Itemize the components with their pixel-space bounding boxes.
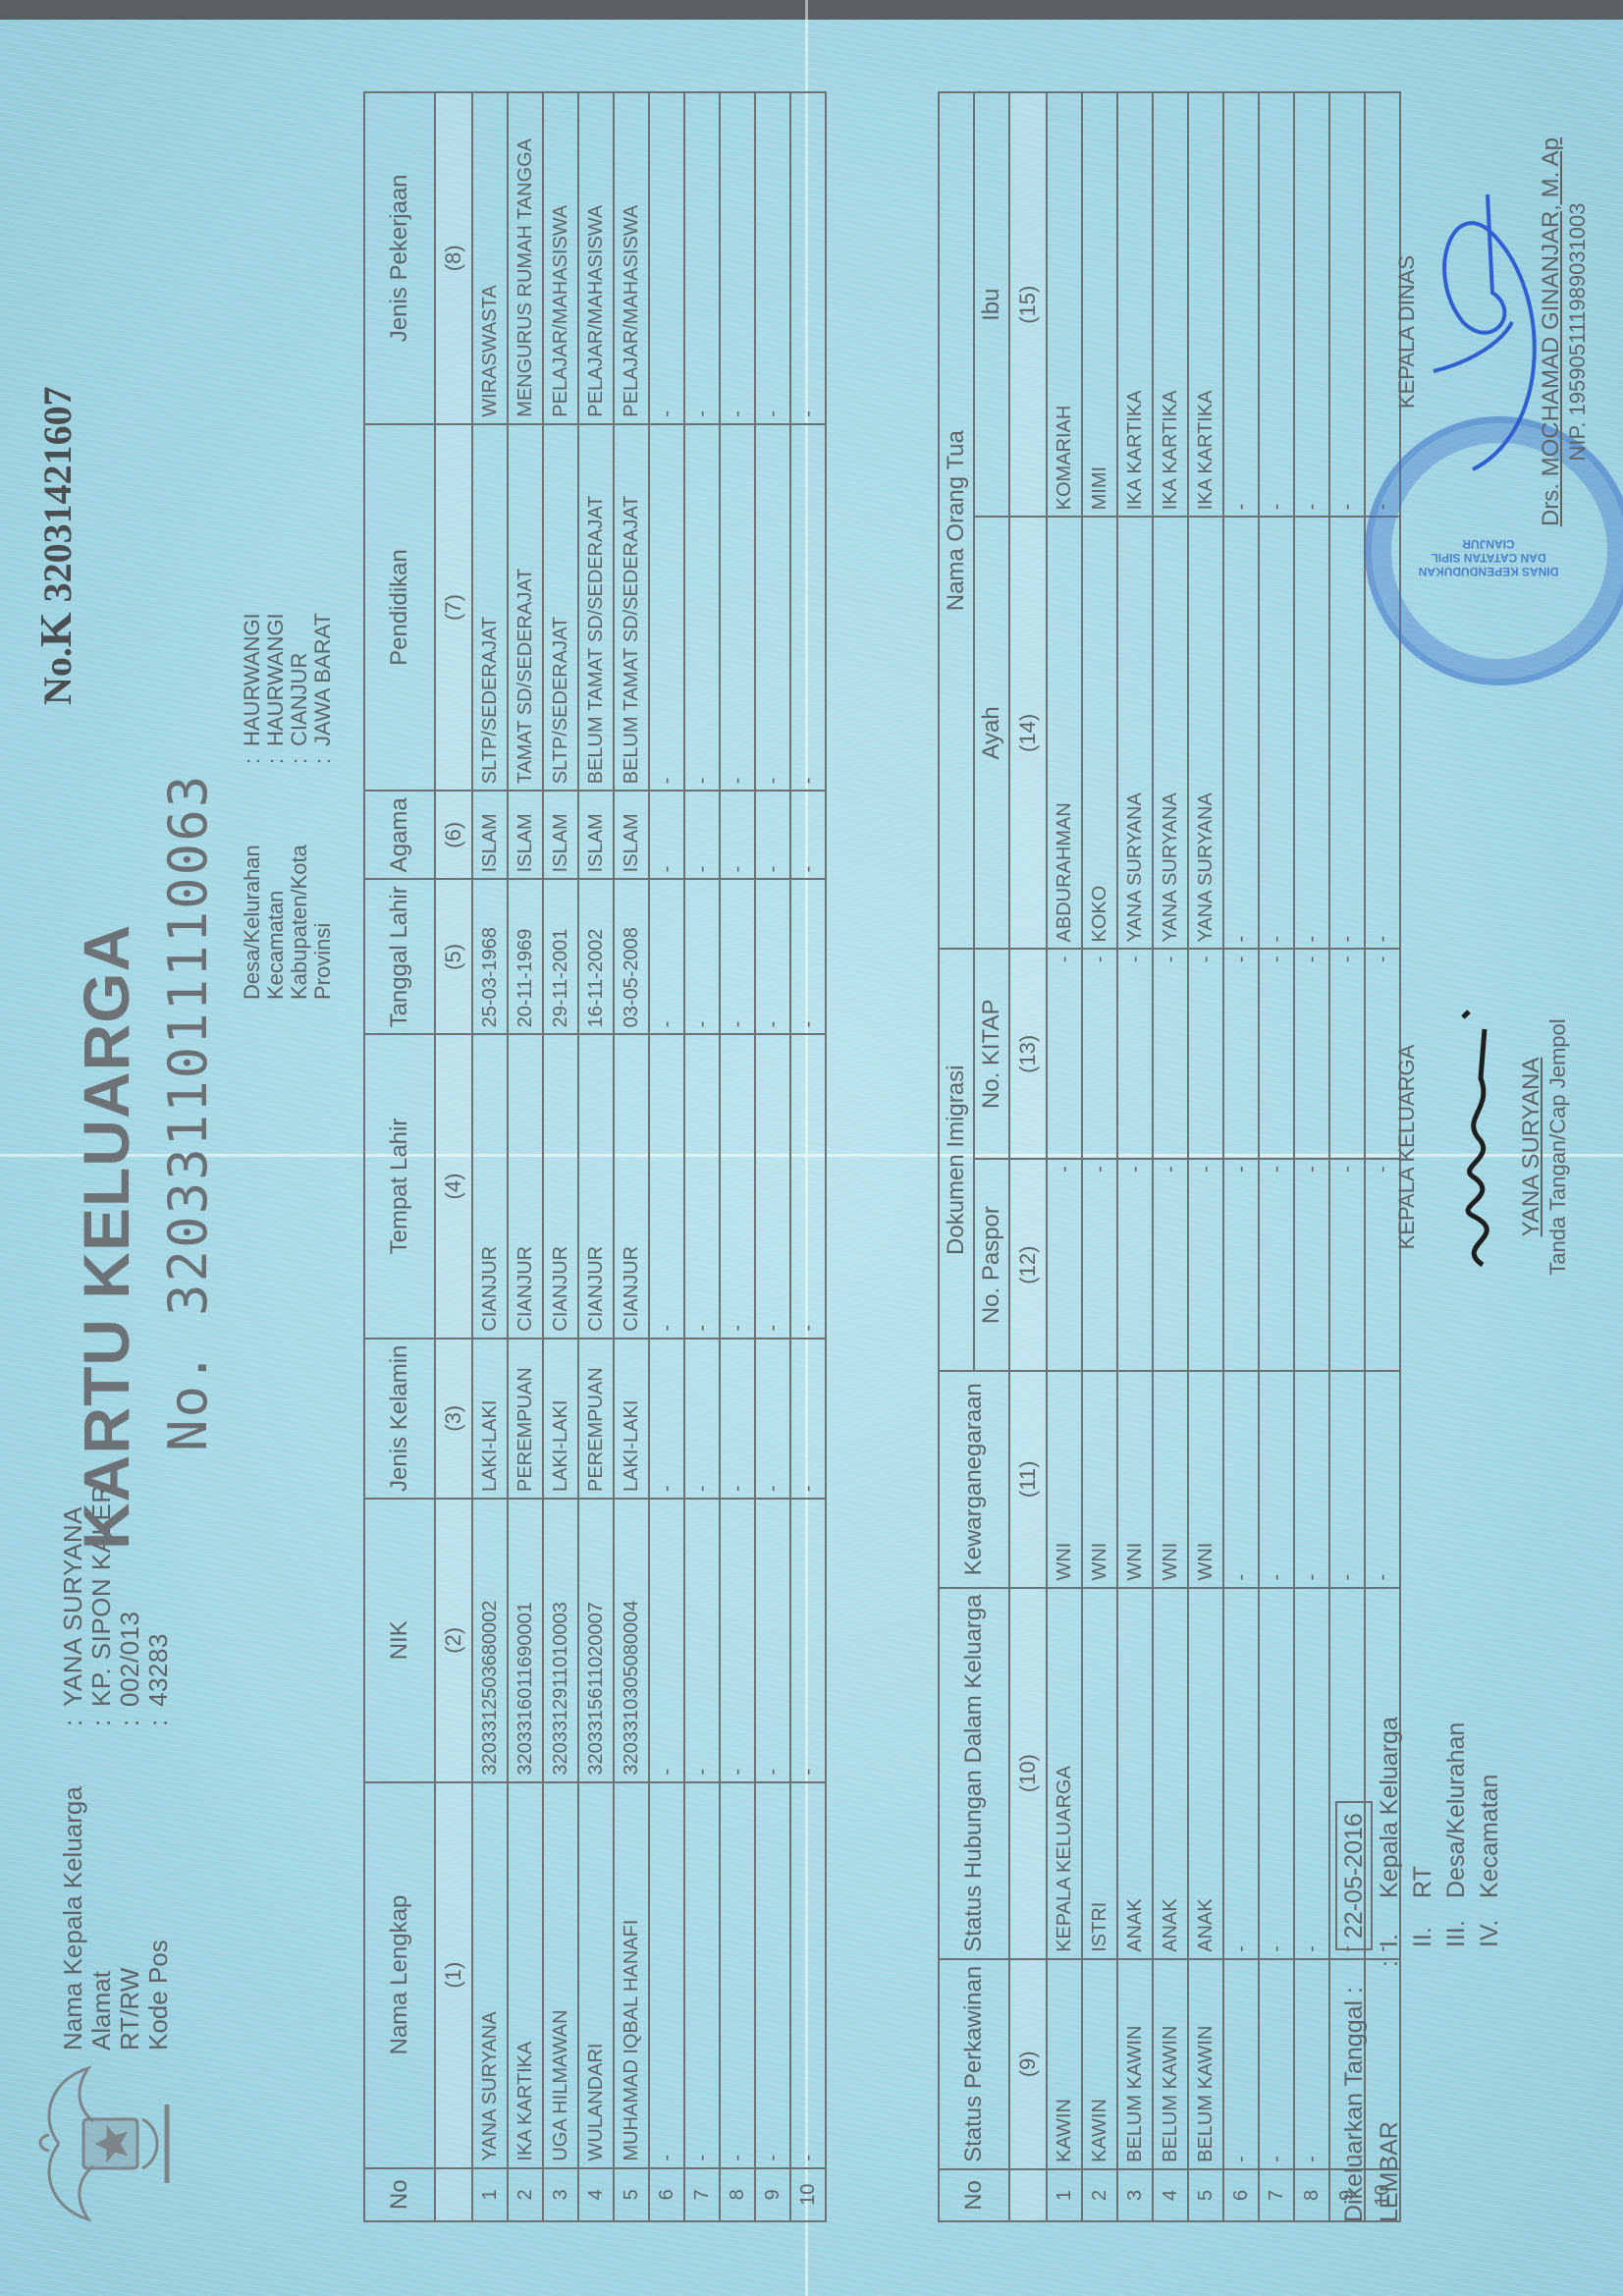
- district-row: Kecamatan:HAURWANGI: [264, 613, 288, 1000]
- cell-hubungan: ANAK: [1153, 1588, 1188, 1959]
- cell-nama: -: [684, 1782, 720, 2168]
- column-number-row: (1) (2) (3) (4) (5) (6) (7) (8): [435, 92, 472, 2221]
- signer-name: YANA SURYANA: [1518, 941, 1545, 1353]
- cell-tanggal: -: [755, 879, 790, 1034]
- cell-hubungan: KEPALA KELUARGA: [1047, 1588, 1082, 1959]
- table-row: 6-------: [1223, 92, 1259, 2221]
- cell-status: KAWIN: [1082, 1959, 1117, 2169]
- cell-no: 7: [684, 2168, 720, 2221]
- cell-nama: -: [755, 1782, 790, 2168]
- address-row: Alamat:KP. SIPON KALER: [87, 1484, 116, 2050]
- cell-no: 6: [1223, 2169, 1259, 2221]
- family-members-table: No Nama Lengkap NIK Jenis Kelamin Tempat…: [363, 91, 827, 2222]
- cell-ibu: IKA KARTIKA: [1188, 92, 1223, 517]
- rtrw-value: 002/013: [116, 1612, 144, 1707]
- family-status-table: No Status Perkawinan Status Hubungan Dal…: [938, 91, 1401, 2222]
- table-row: 4WULANDARI3203315611020007PEREMPUANCIANJ…: [578, 92, 614, 2221]
- cell-paspor: -: [1188, 1159, 1223, 1371]
- cell-pendidikan: SLTP/SEDERAJAT: [543, 424, 578, 792]
- cell-no: 3: [543, 2168, 578, 2221]
- table-row: 1YANA SURYANA3203312503680002LAKI-LAKICI…: [472, 92, 508, 2221]
- village-row: Desa/Kelurahan:HAURWANGI: [241, 613, 264, 1000]
- cell-agama: -: [649, 791, 684, 879]
- cell-pekerjaan: -: [649, 92, 684, 424]
- cell-paspor: -: [1082, 1159, 1117, 1371]
- cell-ayah: YANA SURYANA: [1188, 517, 1223, 949]
- cell-kitap: -: [1223, 949, 1259, 1159]
- cell-kitap: -: [1329, 949, 1365, 1159]
- cell-ibu: -: [1223, 92, 1259, 517]
- garuda-emblem-icon: [29, 2060, 187, 2227]
- cell-nama: -: [720, 1782, 755, 2168]
- cell-kitap: -: [1188, 949, 1223, 1159]
- cell-pendidikan: SLTP/SEDERAJAT: [472, 424, 508, 792]
- issued-date: 22-05-2016: [1335, 1801, 1373, 1950]
- table-row: 3UGA HILMAWAN3203312911010003LAKI-LAKICI…: [543, 92, 578, 2221]
- cell-nik: 3203316011690001: [508, 1499, 543, 1782]
- cell-paspor: -: [1259, 1159, 1294, 1371]
- cell-paspor: -: [1153, 1159, 1188, 1371]
- cell-pekerjaan: PELAJAR/MAHASISWA: [614, 92, 649, 424]
- sheet-distribution: LEMBAR : I.Kepala Keluarga II.RT III.Des…: [1373, 1717, 1506, 2222]
- cell-jk: -: [684, 1339, 720, 1499]
- cell-kitap: -: [1153, 949, 1188, 1159]
- table-row: 1KAWINKEPALA KELUARGAWNI--ABDURAHMANKOMA…: [1047, 92, 1082, 2221]
- cell-agama: -: [720, 791, 755, 879]
- cell-hubungan: -: [1223, 1588, 1259, 1959]
- cell-jk: -: [790, 1339, 826, 1499]
- table-header-row: No Status Perkawinan Status Hubungan Dal…: [939, 92, 974, 2221]
- cell-agama: ISLAM: [472, 791, 508, 879]
- cell-status: KAWIN: [1047, 1959, 1082, 2169]
- cell-tanggal: 03-05-2008: [614, 879, 649, 1034]
- cell-pendidikan: BELUM TAMAT SD/SEDERAJAT: [614, 424, 649, 792]
- cell-jk: LAKI-LAKI: [472, 1339, 508, 1499]
- cell-nama: IKA KARTIKA: [508, 1782, 543, 2168]
- serial-number: No.K 32031421607: [29, 386, 81, 705]
- region-info: Desa/Kelurahan:HAURWANGI Kecamatan:HAURW…: [241, 613, 335, 1000]
- cell-wn: WNI: [1153, 1371, 1188, 1587]
- cell-tanggal: 20-11-1969: [508, 879, 543, 1034]
- cell-paspor: -: [1223, 1159, 1259, 1371]
- cell-paspor: -: [1117, 1159, 1153, 1371]
- cell-tanggal: 16-11-2002: [578, 879, 614, 1034]
- cell-no: 4: [1153, 2169, 1188, 2221]
- cell-nama: -: [790, 1782, 826, 2168]
- official-signature-icon: [1414, 175, 1561, 489]
- cell-pekerjaan: MENGURUS RUMAH TANGGA: [508, 92, 543, 424]
- cell-paspor: -: [1294, 1159, 1329, 1371]
- cell-tempat: CIANJUR: [508, 1034, 543, 1338]
- cell-no: 2: [508, 2168, 543, 2221]
- signature-caption: Tanda Tangan/Cap Jempol: [1545, 941, 1571, 1353]
- head-name-row: Nama Kepala Keluarga:YANA SURYANA: [59, 1484, 87, 2050]
- column-number-row: (9) (10) (11) (12) (13) (14) (15): [1009, 92, 1047, 2221]
- cell-ayah: YANA SURYANA: [1117, 517, 1153, 949]
- cell-no: 7: [1259, 2169, 1294, 2221]
- cell-ibu: KOMARIAH: [1047, 92, 1082, 517]
- cell-status: -: [1294, 1959, 1329, 2169]
- family-head-signature-block: KEPALA KELUARGA YANA SURYANA Tanda Tanga…: [1394, 941, 1571, 1353]
- cell-jk: -: [755, 1339, 790, 1499]
- cell-nik: -: [755, 1499, 790, 1782]
- rtrw-row: RT/RW:002/013: [116, 1484, 144, 2050]
- cell-ibu: IKA KARTIKA: [1117, 92, 1153, 517]
- cell-status: BELUM KAWIN: [1117, 1959, 1153, 2169]
- table-row: 7--------: [684, 92, 720, 2221]
- cell-nama: YANA SURYANA: [472, 1782, 508, 2168]
- issued-row: Dikeluarkan Tanggal : 22-05-2016: [1335, 1717, 1373, 2222]
- cell-status: BELUM KAWIN: [1188, 1959, 1223, 2169]
- kk-number: No. 3203311011110063: [157, 774, 219, 1451]
- cell-pendidikan: BELUM TAMAT SD/SEDERAJAT: [578, 424, 614, 792]
- table-row: 10--------: [790, 92, 826, 2221]
- cell-tempat: -: [649, 1034, 684, 1338]
- cell-no: 8: [720, 2168, 755, 2221]
- cell-no: 3: [1117, 2169, 1153, 2221]
- cell-status: BELUM KAWIN: [1153, 1959, 1188, 2169]
- cell-nik: 3203312503680002: [472, 1499, 508, 1782]
- cell-ibu: -: [1294, 92, 1329, 517]
- cell-no: 1: [1047, 2169, 1082, 2221]
- cell-hubungan: -: [1259, 1588, 1294, 1959]
- cell-paspor: -: [1047, 1159, 1082, 1371]
- cell-wn: -: [1294, 1371, 1329, 1587]
- cell-pendidikan: TAMAT SD/SEDERAJAT: [508, 424, 543, 792]
- cell-wn: WNI: [1047, 1371, 1082, 1587]
- cell-hubungan: -: [1294, 1588, 1329, 1959]
- cell-wn: WNI: [1082, 1371, 1117, 1587]
- cell-tanggal: -: [649, 879, 684, 1034]
- cell-kitap: -: [1047, 949, 1082, 1159]
- cell-agama: -: [684, 791, 720, 879]
- cell-pekerjaan: WIRASWASTA: [472, 92, 508, 424]
- postcode-value: 43283: [144, 1633, 173, 1707]
- cell-pekerjaan: -: [684, 92, 720, 424]
- cell-jk: LAKI-LAKI: [614, 1339, 649, 1499]
- cell-ibu: MIMI: [1082, 92, 1117, 517]
- cell-nik: -: [790, 1499, 826, 1782]
- regency-row: Kabupaten/Kota:CIANJUR: [288, 613, 311, 1000]
- cell-no: 8: [1294, 2169, 1329, 2221]
- cell-ayah: -: [1259, 517, 1294, 949]
- cell-ibu: IKA KARTIKA: [1153, 92, 1188, 517]
- cell-tempat: CIANJUR: [472, 1034, 508, 1338]
- cell-tempat: CIANJUR: [578, 1034, 614, 1338]
- scan-edge: [0, 0, 1623, 20]
- cell-paspor: -: [1329, 1159, 1365, 1371]
- cell-wn: -: [1329, 1371, 1365, 1587]
- cell-tempat: -: [790, 1034, 826, 1338]
- cell-pendidikan: -: [684, 424, 720, 792]
- cell-no: 5: [1188, 2169, 1223, 2221]
- official-nip: NIP. 195905111989031003: [1565, 57, 1591, 607]
- table-row: 9--------: [755, 92, 790, 2221]
- signature-title: KEPALA KELUARGA: [1394, 941, 1420, 1353]
- cell-agama: -: [790, 791, 826, 879]
- cell-nama: MUHAMAD IQBAL HANAFI: [614, 1782, 649, 2168]
- cell-ayah: -: [1329, 517, 1365, 949]
- issuance-info: Dikeluarkan Tanggal : 22-05-2016 LEMBAR …: [1335, 1717, 1506, 2222]
- cell-nik: 3203312911010003: [543, 1499, 578, 1782]
- cell-nik: -: [684, 1499, 720, 1782]
- cell-no: 5: [614, 2168, 649, 2221]
- cell-pendidikan: -: [649, 424, 684, 792]
- cell-kitap: -: [1259, 949, 1294, 1159]
- cell-ibu: -: [1329, 92, 1365, 517]
- table-row: 5BELUM KAWINANAKWNI--YANA SURYANAIKA KAR…: [1188, 92, 1223, 2221]
- cell-pekerjaan: PELAJAR/MAHASISWA: [543, 92, 578, 424]
- cell-ayah: -: [1223, 517, 1259, 949]
- cell-pekerjaan: -: [790, 92, 826, 424]
- cell-no: 1: [472, 2168, 508, 2221]
- cell-nik: -: [649, 1499, 684, 1782]
- cell-agama: ISLAM: [508, 791, 543, 879]
- cell-pekerjaan: PELAJAR/MAHASISWA: [578, 92, 614, 424]
- cell-ibu: -: [1259, 92, 1294, 517]
- cell-no: 2: [1082, 2169, 1117, 2221]
- table-row: 7-------: [1259, 92, 1294, 2221]
- lembar-item: III.Desa/Kelurahan: [1439, 1717, 1473, 1947]
- cell-kitap: -: [1082, 949, 1117, 1159]
- cell-nama: -: [649, 1782, 684, 2168]
- table-header-row: No Nama Lengkap NIK Jenis Kelamin Tempat…: [364, 92, 435, 2221]
- province-row: Provinsi:JAWA BARAT: [311, 613, 335, 1000]
- cell-no: 4: [578, 2168, 614, 2221]
- cell-jk: LAKI-LAKI: [543, 1339, 578, 1499]
- document-title: KARTU KELUARGA: [69, 924, 143, 1550]
- cell-wn: -: [1259, 1371, 1294, 1587]
- cell-tanggal: 29-11-2001: [543, 879, 578, 1034]
- cell-pendidikan: -: [755, 424, 790, 792]
- cell-pendidikan: -: [720, 424, 755, 792]
- signature-scrawl-icon: [1434, 1000, 1522, 1275]
- cell-ayah: KOKO: [1082, 517, 1117, 949]
- cell-jk: PEREMPUAN: [508, 1339, 543, 1499]
- table-row: 2IKA KARTIKA3203316011690001PEREMPUANCIA…: [508, 92, 543, 2221]
- cell-pekerjaan: -: [720, 92, 755, 424]
- family-head-info: Nama Kepala Keluarga:YANA SURYANA Alamat…: [59, 1484, 173, 2050]
- table-row: 4BELUM KAWINANAKWNI--YANA SURYANAIKA KAR…: [1153, 92, 1188, 2221]
- cell-hubungan: ANAK: [1188, 1588, 1223, 1959]
- cell-hubungan: ISTRI: [1082, 1588, 1117, 1959]
- cell-agama: ISLAM: [614, 791, 649, 879]
- cell-wn: WNI: [1188, 1371, 1223, 1587]
- cell-wn: WNI: [1117, 1371, 1153, 1587]
- cell-hubungan: ANAK: [1117, 1588, 1153, 1959]
- cell-no: 9: [755, 2168, 790, 2221]
- lembar-item: I.Kepala Keluarga: [1373, 1717, 1406, 1947]
- table-row: 6--------: [649, 92, 684, 2221]
- cell-nama: WULANDARI: [578, 1782, 614, 2168]
- table-row: 5MUHAMAD IQBAL HANAFI3203310305080004LAK…: [614, 92, 649, 2221]
- cell-status: -: [1223, 1959, 1259, 2169]
- cell-agama: -: [755, 791, 790, 879]
- lembar-item: II.RT: [1406, 1717, 1439, 1947]
- cell-ayah: ABDURAHMAN: [1047, 517, 1082, 949]
- table-row: 3BELUM KAWINANAKWNI--YANA SURYANAIKA KAR…: [1117, 92, 1153, 2221]
- cell-jk: PEREMPUAN: [578, 1339, 614, 1499]
- cell-no: 6: [649, 2168, 684, 2221]
- cell-ayah: -: [1294, 517, 1329, 949]
- cell-pendidikan: -: [790, 424, 826, 792]
- lembar-item: IV.Kecamatan: [1473, 1717, 1506, 1947]
- cell-pekerjaan: -: [755, 92, 790, 424]
- cell-tanggal: -: [790, 879, 826, 1034]
- cell-tempat: CIANJUR: [543, 1034, 578, 1338]
- cell-agama: ISLAM: [578, 791, 614, 879]
- table-row: 8--------: [720, 92, 755, 2221]
- cell-wn: -: [1365, 1371, 1400, 1587]
- cell-tempat: CIANJUR: [614, 1034, 649, 1338]
- cell-jk: -: [720, 1339, 755, 1499]
- kartu-keluarga-document: Nama Kepala Keluarga:YANA SURYANA Alamat…: [0, 0, 1623, 2296]
- cell-tanggal: -: [720, 879, 755, 1034]
- cell-tempat: -: [755, 1034, 790, 1338]
- cell-no: 10: [790, 2168, 826, 2221]
- cell-tempat: -: [684, 1034, 720, 1338]
- cell-jk: -: [649, 1339, 684, 1499]
- cell-ayah: YANA SURYANA: [1153, 517, 1188, 949]
- cell-kitap: -: [1117, 949, 1153, 1159]
- table-row: 8-------: [1294, 92, 1329, 2221]
- table-row: 2KAWINISTRIWNI--KOKOMIMI: [1082, 92, 1117, 2221]
- cell-wn: -: [1223, 1371, 1259, 1587]
- cell-tempat: -: [720, 1034, 755, 1338]
- cell-status: -: [1259, 1959, 1294, 2169]
- cell-nama: UGA HILMAWAN: [543, 1782, 578, 2168]
- cell-tanggal: 25-03-1968: [472, 879, 508, 1034]
- cell-nik: 3203310305080004: [614, 1499, 649, 1782]
- cell-tanggal: -: [684, 879, 720, 1034]
- cell-nik: 3203315611020007: [578, 1499, 614, 1782]
- cell-kitap: -: [1294, 949, 1329, 1159]
- cell-nik: -: [720, 1499, 755, 1782]
- postcode-row: Kode Pos:43283: [144, 1484, 173, 2050]
- cell-agama: ISLAM: [543, 791, 578, 879]
